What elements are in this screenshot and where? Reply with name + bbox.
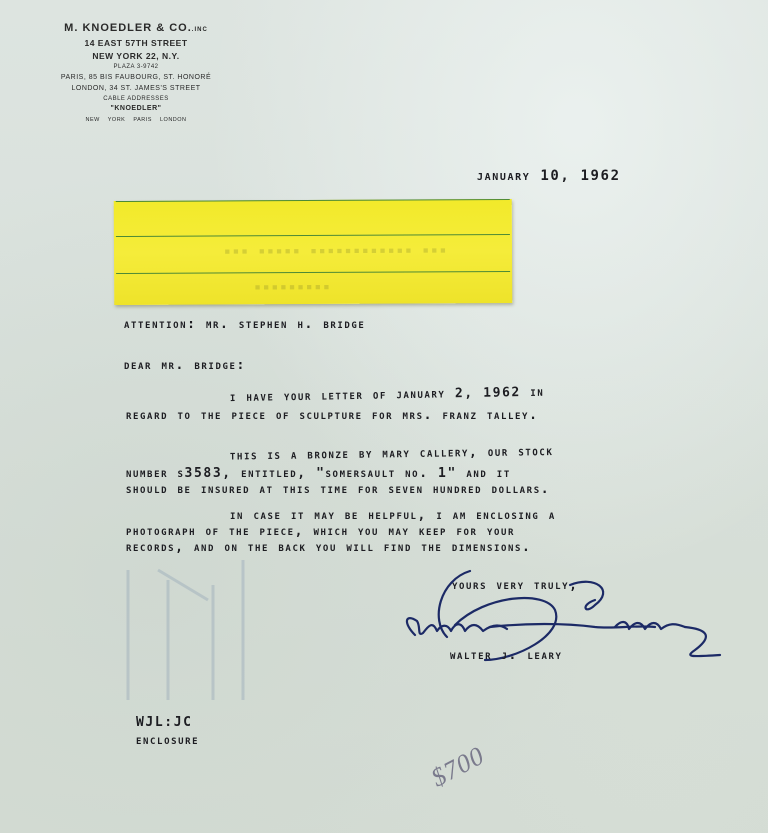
paragraph-1: I have your letter of January 2, 1962 in… xyxy=(126,392,544,424)
paragraph-line: should be insured at this time for seven… xyxy=(126,482,553,498)
letter-date: January 10, 1962 xyxy=(477,168,621,184)
paragraph-line: regard to the piece of sculpture for Mrs… xyxy=(126,408,544,424)
salutation: Dear Mr. Bridge: xyxy=(124,358,246,374)
paragraph-line: photograph of the piece, which you may k… xyxy=(126,524,556,540)
company-name: M. KNOEDLER & CO..INC xyxy=(36,23,236,34)
enclosure-notation: Enclosure xyxy=(136,733,199,749)
signer-name: Walter J. Leary xyxy=(450,648,563,664)
paragraph-2: This is a bronze by Mary Callery, our st… xyxy=(126,450,553,498)
office-cities: NEW YORK PARIS LONDON xyxy=(36,118,236,124)
cable-name: "KNOEDLER" xyxy=(36,105,236,112)
reference-initials: WJL:JC xyxy=(136,715,193,731)
address-line-1: 14 EAST 57TH STREET xyxy=(36,39,236,48)
sticky-rule xyxy=(116,234,510,237)
london-office: LONDON, 34 ST. JAMES'S STREET xyxy=(36,85,236,92)
sticky-rule xyxy=(116,271,510,274)
phone: PLAZA 3-9742 xyxy=(36,64,236,70)
paragraph-line: In case it may be helpful, I am enclosin… xyxy=(126,508,556,524)
reverse-side-bleed-through xyxy=(118,560,268,710)
cable-label: CABLE ADDRESSES xyxy=(36,96,236,102)
letterhead: M. KNOEDLER & CO..INC 14 EAST 57TH STREE… xyxy=(36,23,236,124)
sticky-note: ▪▪▪ ▪▪▪▪▪ ▪▪▪▪▪▪▪▪▪▪▪▪ ▪▪▪ ▪▪▪▪▪▪▪▪▪ xyxy=(114,199,513,305)
attention-line: Attention: Mr. Stephen H. Bridge xyxy=(124,317,365,333)
address-line-2: NEW YORK 22, N.Y. xyxy=(36,52,236,61)
obscured-text: ▪▪▪ ▪▪▪▪▪ ▪▪▪▪▪▪▪▪▪▪▪▪ ▪▪▪ xyxy=(224,243,448,257)
paragraph-line: number S3583, entitled, "Somersault No. … xyxy=(126,466,553,482)
paragraph-3: In case it may be helpful, I am enclosin… xyxy=(126,508,556,556)
paris-office: PARIS, 85 BIS FAUBOURG, ST. HONORÉ xyxy=(36,74,236,81)
obscured-text: ▪▪▪▪▪▪▪▪▪ xyxy=(254,280,332,293)
paragraph-line: records, and on the back you will find t… xyxy=(126,540,556,556)
